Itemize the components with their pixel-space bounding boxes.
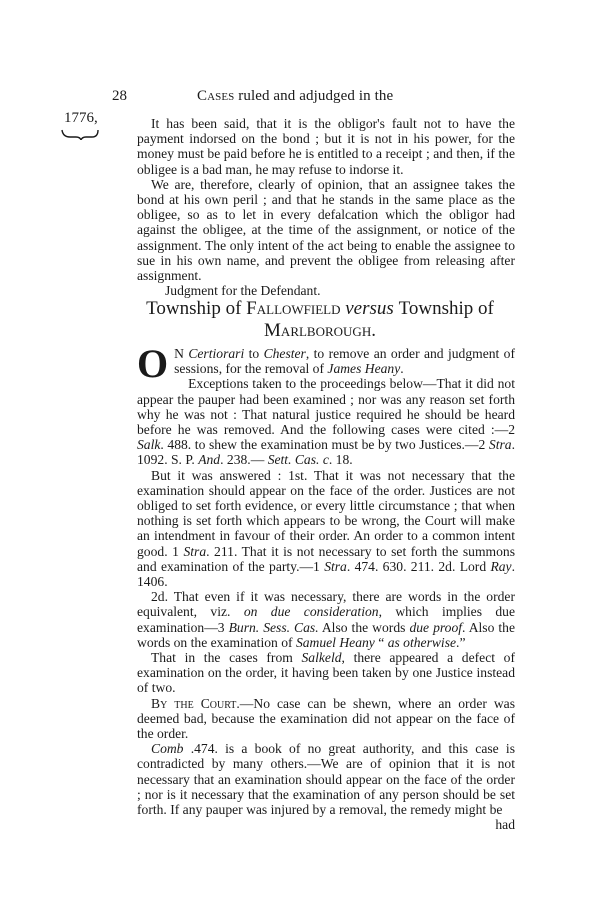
judgment-line: Judgment for the Defendant. [137, 283, 515, 298]
text: That in the cases from [151, 650, 302, 665]
book-page: 28 Cases ruled and adjudged in the 1776,… [0, 0, 600, 903]
running-title-rest: ruled and adjudged in the [234, 88, 393, 104]
text: Chester [264, 346, 306, 361]
running-title: Cases ruled and adjudged in the [197, 88, 393, 105]
title-versus: versus [341, 298, 399, 319]
second-point-paragraph: 2d. That even if it was necessary, there… [137, 589, 515, 650]
text: on due consideration [244, 604, 379, 619]
page-number: 28 [112, 88, 127, 105]
text: Ray [490, 559, 511, 574]
text: Stra [183, 544, 206, 559]
title-text: Township of [146, 298, 246, 319]
opening-paragraph: ON Certiorari to Chester, to remove an o… [137, 346, 515, 376]
text: Salkeld [302, 650, 342, 665]
text: James Heany [327, 361, 400, 376]
brace-icon [60, 128, 100, 140]
paragraph: It has been said, that it is the obligor… [137, 116, 515, 177]
text: as otherwise [388, 635, 456, 650]
running-title-cases: Cases [197, 88, 234, 104]
title-party-plaintiff: Fallowfield [246, 298, 340, 319]
catchword: had [137, 817, 515, 832]
paragraph: We are, therefore, clearly of opinion, t… [137, 177, 515, 283]
text: Burn. Sess. Cas. [229, 620, 319, 635]
answer-paragraph: But it was answered : 1st. That it was n… [137, 468, 515, 590]
running-head: 28 Cases ruled and adjudged in the [112, 88, 512, 108]
comb-paragraph: Comb .474. is a book of no great authori… [137, 741, 515, 817]
text: . 488. to shew the examination must be b… [160, 437, 489, 452]
text: . 474. 630. 211. 2d. Lord [347, 559, 491, 574]
text: due proof [409, 620, 462, 635]
title-text: Township of [399, 298, 494, 319]
text: Certiorari [188, 346, 244, 361]
text: .” [456, 635, 465, 650]
exceptions-paragraph: Exceptions taken to the proceedings belo… [137, 376, 515, 467]
text: Stra [489, 437, 512, 452]
case-title: Township of Fallowfield versus Township … [120, 298, 520, 342]
text: Exceptions taken to the proceedings belo… [137, 376, 515, 437]
salkeld-paragraph: That in the cases from Salkeld, there ap… [137, 650, 515, 696]
text: Also the words [319, 620, 410, 635]
previous-case-text: It has been said, that it is the obligor… [137, 116, 515, 298]
drop-cap: O [137, 348, 168, 380]
text: to [244, 346, 263, 361]
text: .474. is a book of no great authority, a… [137, 741, 515, 817]
title-party-defendant: Marlborough. [264, 320, 376, 341]
text: Stra [324, 559, 347, 574]
text: Sett. Cas. c [268, 452, 329, 467]
case-text: ON Certiorari to Chester, to remove an o… [137, 346, 515, 833]
court-label: By the Court [151, 696, 236, 711]
text: Samuel Heany [296, 635, 375, 650]
text: . 18. [329, 452, 353, 467]
text: . 238.— [220, 452, 268, 467]
margin-year: 1776, [64, 110, 98, 127]
text: And [198, 452, 220, 467]
text: “ [375, 635, 388, 650]
text: . [400, 361, 403, 376]
text: Comb [151, 741, 183, 756]
text: Salk [137, 437, 160, 452]
court-paragraph: By the Court.—No case can be shewn, wher… [137, 696, 515, 742]
text: N [174, 346, 188, 361]
